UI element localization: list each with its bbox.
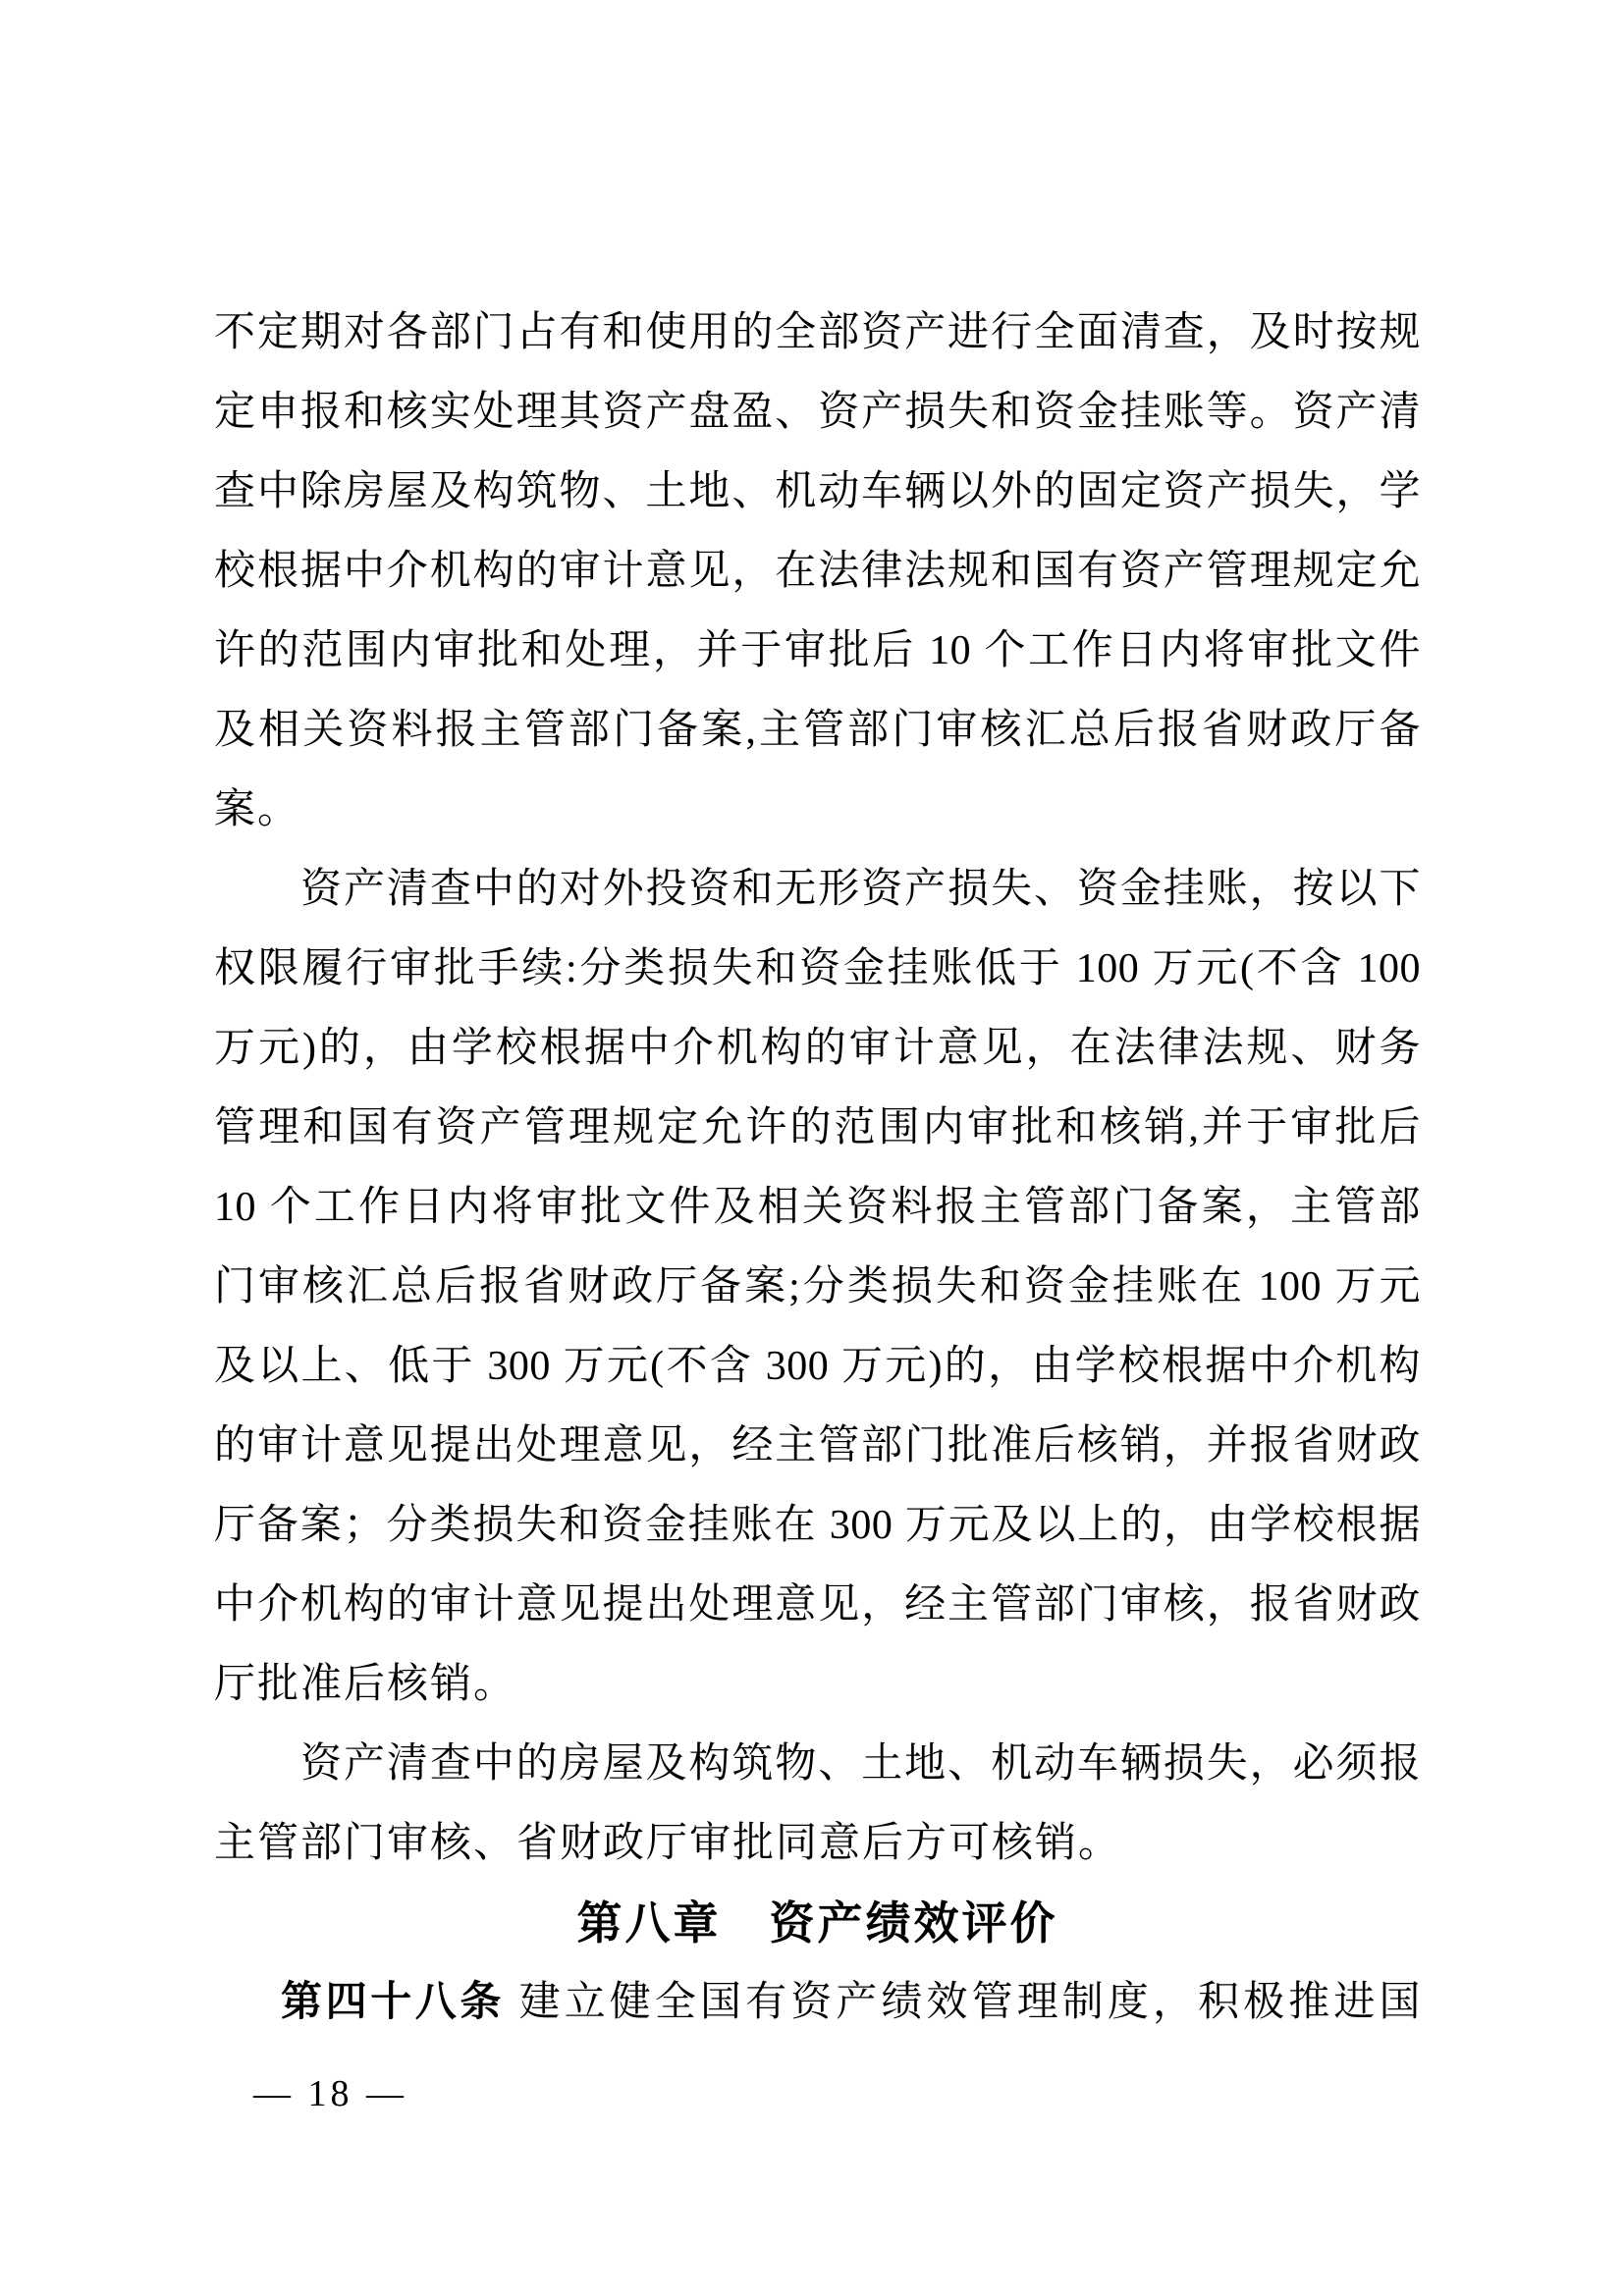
body-line: 资产清查中的对外投资和无形资产损失、资金挂账，按以下: [214, 850, 1421, 930]
body-line: 主管部门审核、省财政厅审批同意后方可核销。: [214, 1804, 1421, 1884]
body-line: 及相关资料报主管部门备案,主管部门审核汇总后报省财政厅备: [214, 691, 1421, 771]
article-label: 第四十八条: [281, 1980, 505, 2025]
chapter-heading: 第八章 资产绩效评价: [214, 1884, 1421, 1963]
text-block: 不定期对各部门占有和使用的全部资产进行全面清查，及时按规 定申报和核实处理其资产…: [214, 294, 1421, 2043]
body-line: 10 个工作日内将审批文件及相关资料报主管部门备案，主管部: [214, 1168, 1421, 1248]
body-line: 门审核汇总后报省财政厅备案;分类损失和资金挂账在 100 万元: [214, 1248, 1421, 1327]
body-line: 及以上、低于 300 万元(不含 300 万元)的，由学校根据中介机构: [214, 1327, 1421, 1407]
body-line: 权限履行审批手续:分类损失和资金挂账低于 100 万元(不含 100: [214, 930, 1421, 1009]
document-page: 不定期对各部门占有和使用的全部资产进行全面清查，及时按规 定申报和核实处理其资产…: [0, 0, 1624, 2296]
body-line: 万元)的，由学校根据中介机构的审计意见，在法律法规、财务: [214, 1009, 1421, 1089]
body-line: 厅备案；分类损失和资金挂账在 300 万元及以上的，由学校根据: [214, 1486, 1421, 1566]
body-line: 的审计意见提出处理意见，经主管部门批准后核销，并报省财政: [214, 1407, 1421, 1486]
article-line: 第四十八条 建立健全国有资产绩效管理制度，积极推进国: [214, 1963, 1421, 2043]
body-line: 许的范围内审批和处理，并于审批后 10 个工作日内将审批文件: [214, 612, 1421, 691]
body-line: 厅批准后核销。: [214, 1645, 1421, 1725]
body-line: 定申报和核实处理其资产盘盈、资产损失和资金挂账等。资产清: [214, 373, 1421, 453]
body-line: 不定期对各部门占有和使用的全部资产进行全面清查，及时按规: [214, 294, 1421, 373]
body-line: 校根据中介机构的审计意见，在法律法规和国有资产管理规定允: [214, 532, 1421, 612]
body-line: 查中除房屋及构筑物、土地、机动车辆以外的固定资产损失，学: [214, 453, 1421, 532]
body-line: 中介机构的审计意见提出处理意见，经主管部门审核，报省财政: [214, 1566, 1421, 1645]
body-line: 资产清查中的房屋及构筑物、土地、机动车辆损失，必须报: [214, 1725, 1421, 1804]
body-line: 管理和国有资产管理规定允许的范围内审批和核销,并于审批后: [214, 1089, 1421, 1168]
body-line: 案。: [214, 771, 1421, 850]
article-text: 建立健全国有资产绩效管理制度，积极推进国: [519, 1980, 1421, 2025]
page-number: — 18 —: [253, 2073, 407, 2114]
